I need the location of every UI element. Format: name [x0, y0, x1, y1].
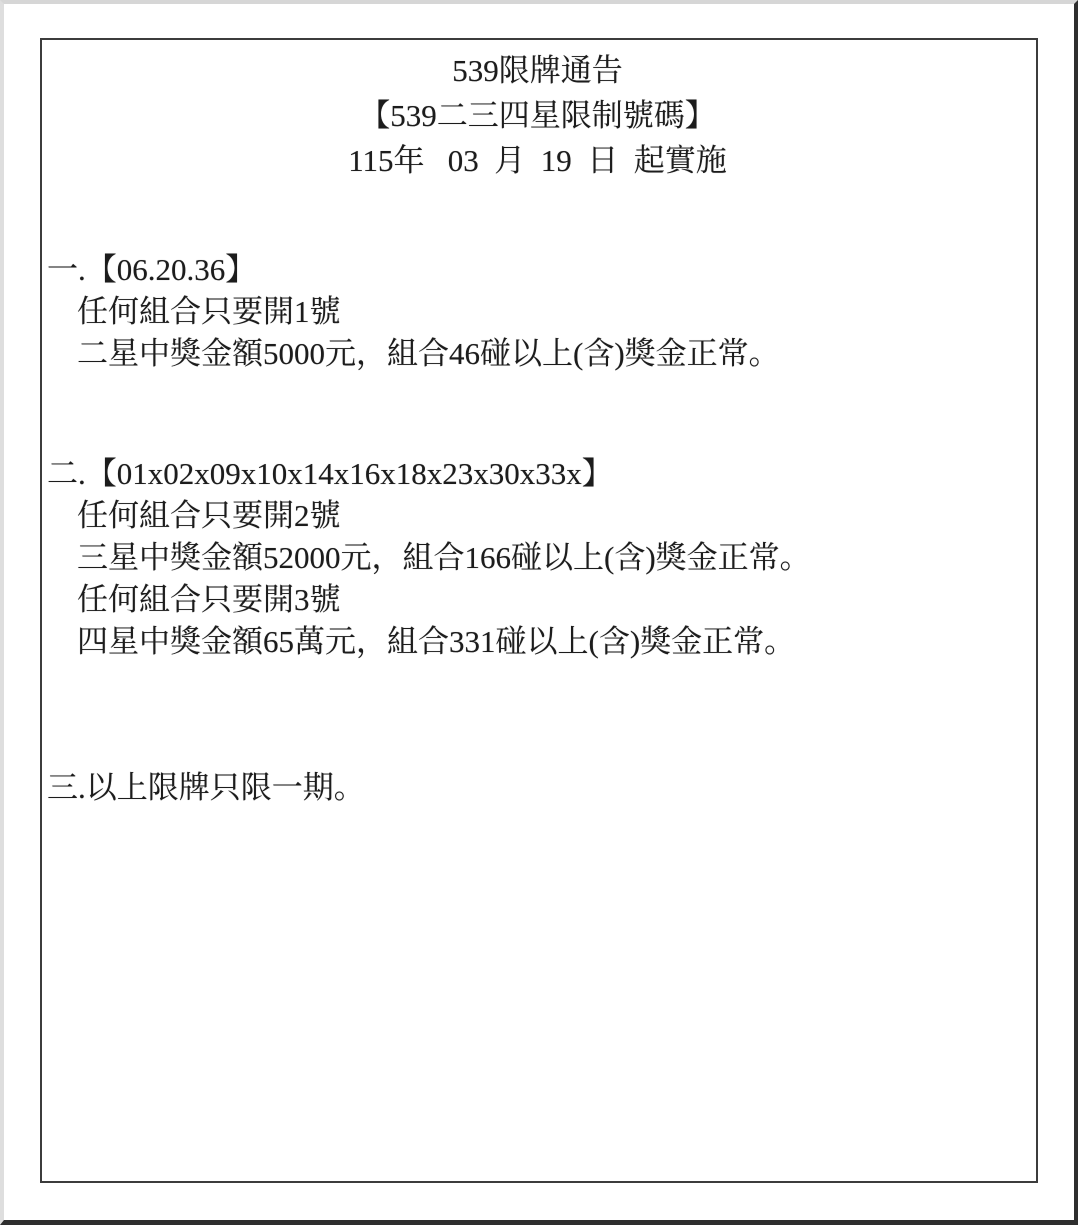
scanned-notice-page: 539限牌通告 【539二三四星限制號碼】 115年 03 月 19 日 起實施…: [0, 0, 1078, 1225]
section-one-line-2: 二星中獎金額5000元，組合46碰以上(含)獎金正常。: [47, 333, 1028, 375]
document-border-frame: 539限牌通告 【539二三四星限制號碼】 115年 03 月 19 日 起實施…: [40, 38, 1038, 1183]
section-three-heading: 三.以上限牌只限一期。: [47, 767, 1028, 809]
section-three: 三.以上限牌只限一期。: [47, 767, 1028, 809]
section-two-line-3: 任何組合只要開3號: [47, 579, 1028, 621]
notice-title: 539限牌通告: [47, 48, 1028, 93]
section-one-heading: 一.【06.20.36】: [47, 249, 1028, 291]
section-two: 二.【01x02x09x10x14x16x18x23x30x33x】 任何組合只…: [47, 453, 1028, 663]
section-two-line-4: 四星中獎金額65萬元，組合331碰以上(含)獎金正常。: [47, 621, 1028, 663]
title-block: 539限牌通告 【539二三四星限制號碼】 115年 03 月 19 日 起實施: [47, 48, 1028, 183]
section-one-line-1: 任何組合只要開1號: [47, 291, 1028, 333]
section-one: 一.【06.20.36】 任何組合只要開1號 二星中獎金額5000元，組合46碰…: [47, 249, 1028, 375]
document-content: 539限牌通告 【539二三四星限制號碼】 115年 03 月 19 日 起實施…: [42, 40, 1036, 1181]
notice-subtitle: 【539二三四星限制號碼】: [47, 93, 1028, 138]
section-two-line-2: 三星中獎金額52000元，組合166碰以上(含)獎金正常。: [47, 537, 1028, 579]
effective-date: 115年 03 月 19 日 起實施: [47, 138, 1028, 183]
section-two-line-1: 任何組合只要開2號: [47, 495, 1028, 537]
section-two-heading: 二.【01x02x09x10x14x16x18x23x30x33x】: [47, 453, 1028, 495]
